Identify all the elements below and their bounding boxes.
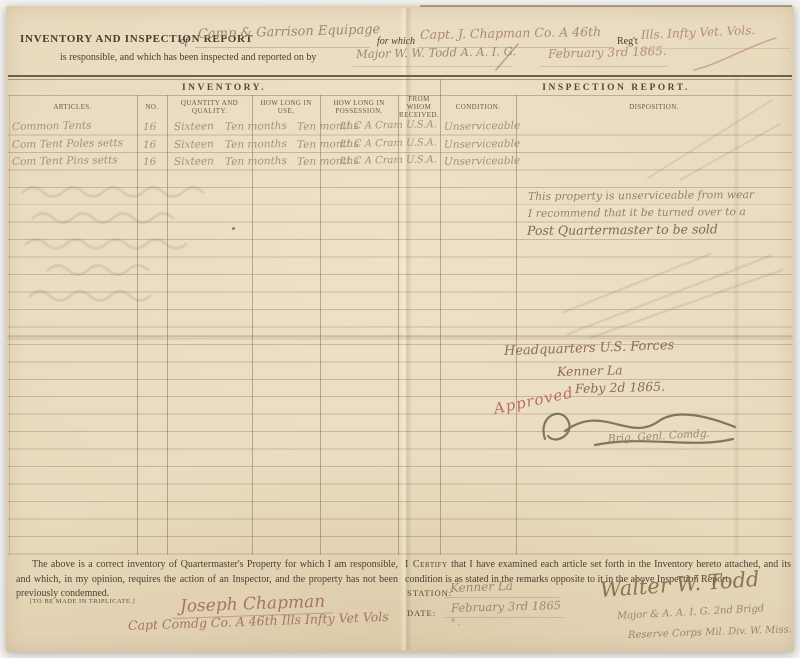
row1-condition: Unserviceable xyxy=(444,120,520,133)
subject-blank-line xyxy=(195,47,370,48)
responsible-officer-handwritten: Capt. J. Chapman Co. A 46th xyxy=(420,24,601,42)
colhead-condition: Condition. xyxy=(440,96,516,117)
row1-received: Lt C A Cram U.S.A. xyxy=(340,119,437,132)
disposition-note-line2: I recommend that it be turned over to a xyxy=(528,205,746,220)
colhead-disposition: Disposition. xyxy=(516,96,792,117)
section-divider xyxy=(440,79,441,555)
inventory-section-title: INVENTORY. xyxy=(8,83,440,93)
row3-condition: Unserviceable xyxy=(444,155,520,168)
colhead-articles: Articles. xyxy=(8,96,137,117)
inspector-handwritten: Major W. W. Todd A. A. I. G. xyxy=(356,44,516,61)
row2-inuse: Ten months xyxy=(225,138,287,151)
row2-article: Com Tent Poles setts xyxy=(12,137,123,151)
date-blank-line xyxy=(540,66,668,67)
row3-received: Lt C A Cram U.S.A. xyxy=(340,154,437,167)
row1-inuse: Ten months xyxy=(225,120,287,133)
triplicate-note: [TO BE MADE IN TRIPLICATE.] xyxy=(30,598,135,605)
certify-lead: I Certify xyxy=(405,559,448,570)
disposition-note-line3: Post Quartermaster to be sold xyxy=(527,221,718,238)
station-value-handwritten: Kenner La xyxy=(450,579,513,595)
header-double-rule-top xyxy=(8,75,792,77)
disposition-note-line1: This property is unserviceable from wear xyxy=(528,188,754,203)
date-footnote-mark: * . xyxy=(451,618,460,627)
row3-inuse: Ten months xyxy=(225,155,287,168)
row2-no: 16 xyxy=(143,139,156,151)
row2-condition: Unserviceable xyxy=(444,138,520,151)
approval-date: Feby 2d 1865. xyxy=(575,379,666,396)
column-divider-no xyxy=(137,95,138,555)
ruled-lines xyxy=(8,118,792,555)
inspection-section-title: INSPECTION REPORT. xyxy=(440,83,792,93)
row3-quantity: Sixteen xyxy=(174,155,214,168)
form-of-label: of xyxy=(180,36,188,47)
colhead-received: From whom received. xyxy=(398,96,440,117)
inspector-flourish xyxy=(494,42,520,72)
inspector-blank-line xyxy=(353,66,513,67)
colhead-possession: How long in possession. xyxy=(320,96,398,117)
colhead-no: No. xyxy=(137,96,167,117)
date-value-handwritten: February 3rd 1865 xyxy=(451,598,561,615)
row3-no: 16 xyxy=(143,156,156,168)
header-line2-printed: is responsible, and which has been inspe… xyxy=(60,52,316,63)
scanned-document: INVENTORY AND INSPECTION REPORT of Camp … xyxy=(0,0,800,658)
table-left-edge xyxy=(9,95,10,555)
row1-no: 16 xyxy=(143,121,156,133)
date-blank-line-bottom xyxy=(445,617,563,618)
header-double-rule-bottom xyxy=(8,79,792,80)
row3-article: Com Tent Pins setts xyxy=(12,154,118,168)
row2-quantity: Sixteen xyxy=(174,138,214,151)
column-divider-quantity xyxy=(167,95,168,555)
row2-received: Lt C A Cram U.S.A. xyxy=(340,137,437,150)
row1-quantity: Sixteen xyxy=(174,120,214,133)
date-label: Date: xyxy=(407,608,436,618)
approval-place: Kenner La xyxy=(557,362,623,379)
paper-top-edge xyxy=(420,5,792,7)
colhead-quantity: Quantity and Quality. xyxy=(167,96,252,117)
colhead-inuse: How long in use. xyxy=(252,96,320,117)
row1-article: Common Tents xyxy=(12,120,92,133)
pen-flourish-top-right xyxy=(690,34,780,74)
